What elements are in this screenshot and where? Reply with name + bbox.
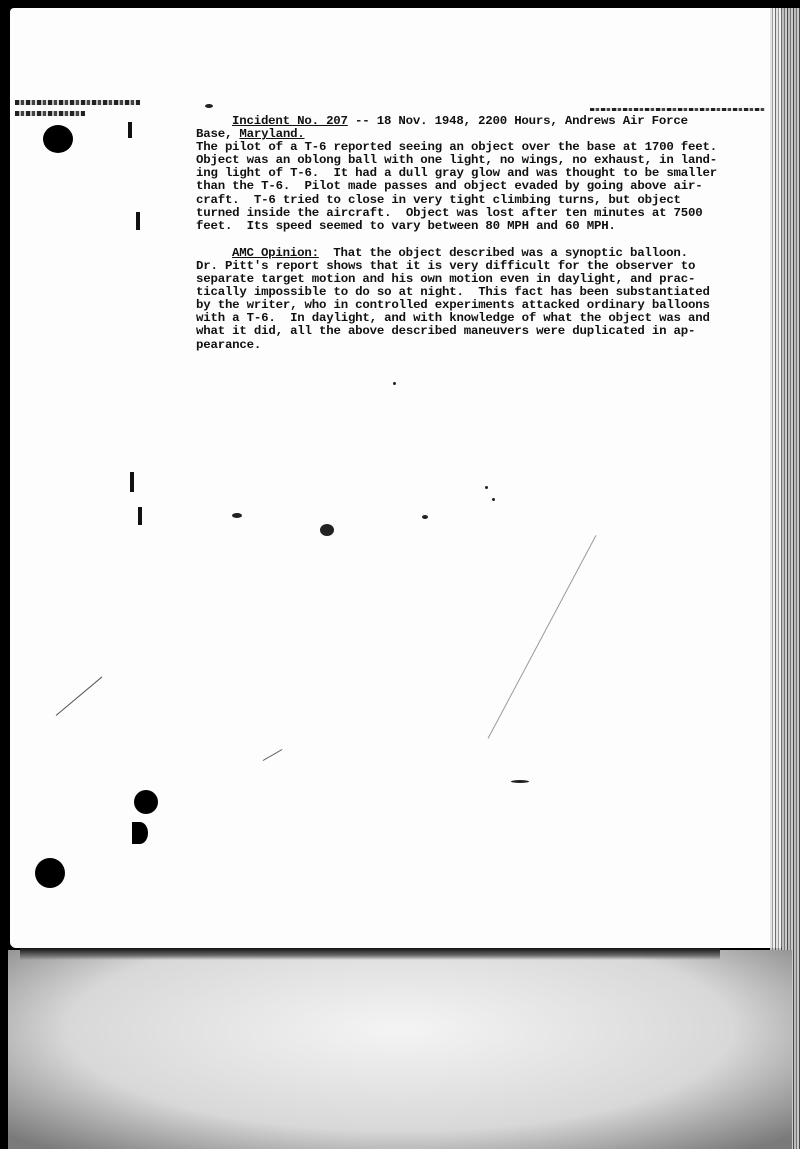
opinion-heading: AMC Opinion: That the object described w… xyxy=(196,247,716,260)
paragraph-line: feet. Its speed seemed to vary between 8… xyxy=(196,220,716,233)
report-text: Incident No. 207 -- 18 Nov. 1948, 2200 H… xyxy=(196,115,716,352)
punch-hole xyxy=(132,822,148,844)
border-strip xyxy=(15,111,85,116)
binder-mark xyxy=(138,507,142,525)
paragraph-line: craft. T-6 tried to close in very tight … xyxy=(196,194,716,207)
paragraph-line: turned inside the aircraft. Object was l… xyxy=(196,207,716,220)
ink-speck xyxy=(511,780,529,783)
underlying-page xyxy=(8,950,792,1149)
incident-number: Incident No. 207 xyxy=(232,114,348,128)
ink-speck xyxy=(232,513,242,518)
binder-mark xyxy=(128,122,132,138)
opinion-label: AMC Opinion: xyxy=(232,246,319,260)
binder-mark xyxy=(136,212,140,230)
ink-speck xyxy=(393,382,396,385)
ink-speck xyxy=(485,486,488,489)
border-strip xyxy=(590,108,765,111)
ink-speck xyxy=(422,515,428,519)
paragraph-line: than the T-6. Pilot made passes and obje… xyxy=(196,180,716,193)
ink-speck xyxy=(205,104,213,108)
opinion-line: what it did, all the above described man… xyxy=(196,325,716,338)
opinion-line: pearance. xyxy=(196,339,716,352)
punch-hole xyxy=(35,858,65,888)
page-bottom-shadow xyxy=(20,948,720,960)
punch-hole xyxy=(43,125,73,153)
punch-hole xyxy=(134,790,158,814)
ink-speck xyxy=(492,498,495,501)
ink-speck xyxy=(320,524,334,536)
border-strip xyxy=(15,100,140,105)
binder-mark xyxy=(130,472,134,492)
